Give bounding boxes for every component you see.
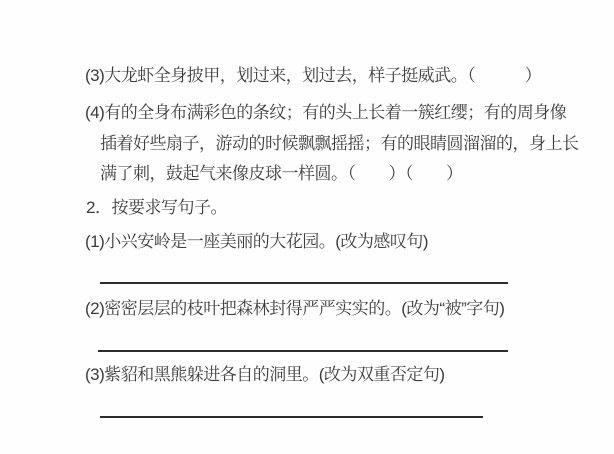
question-2-item-3-text: (3)紫貂和黑熊躲进各自的洞里。(改为双重否定句) [85,364,445,386]
question-1-item-3-text: (3)大龙虾全身披甲，划过来，划过去，样子挺威武。（ ） [85,65,541,87]
question-2-item-1-text: (1)小兴安岭是一座美丽的大花园。(改为感叹句) [85,231,428,253]
answer-underline-2 [98,350,508,352]
question-1-item-4-text-line-1: (4)有的全身布满彩色的条纹；有的头上长着一簇红缨；有的周身像 [85,102,566,124]
question-2-item-2-text: (2)密密层层的枝叶把森林封得严严实实的。(改为“被”字句) [85,298,504,320]
answer-underline-3 [100,416,483,418]
question-2-heading: 2．按要求写句子。 [86,197,227,219]
worksheet-page: (3)大龙虾全身披甲，划过来，划过去，样子挺威武。（ ） (4)有的全身布满彩色… [0,0,614,454]
question-1-item-4-text-line-3: 满了刺，鼓起气来像皮球一样圆。（ ）（ ） [100,163,463,185]
answer-underline-1 [100,282,508,284]
question-1-item-4-text-line-2: 插着好些扇子，游动的时候飘飘摇摇；有的眼睛圆溜溜的，身上长 [100,133,579,155]
